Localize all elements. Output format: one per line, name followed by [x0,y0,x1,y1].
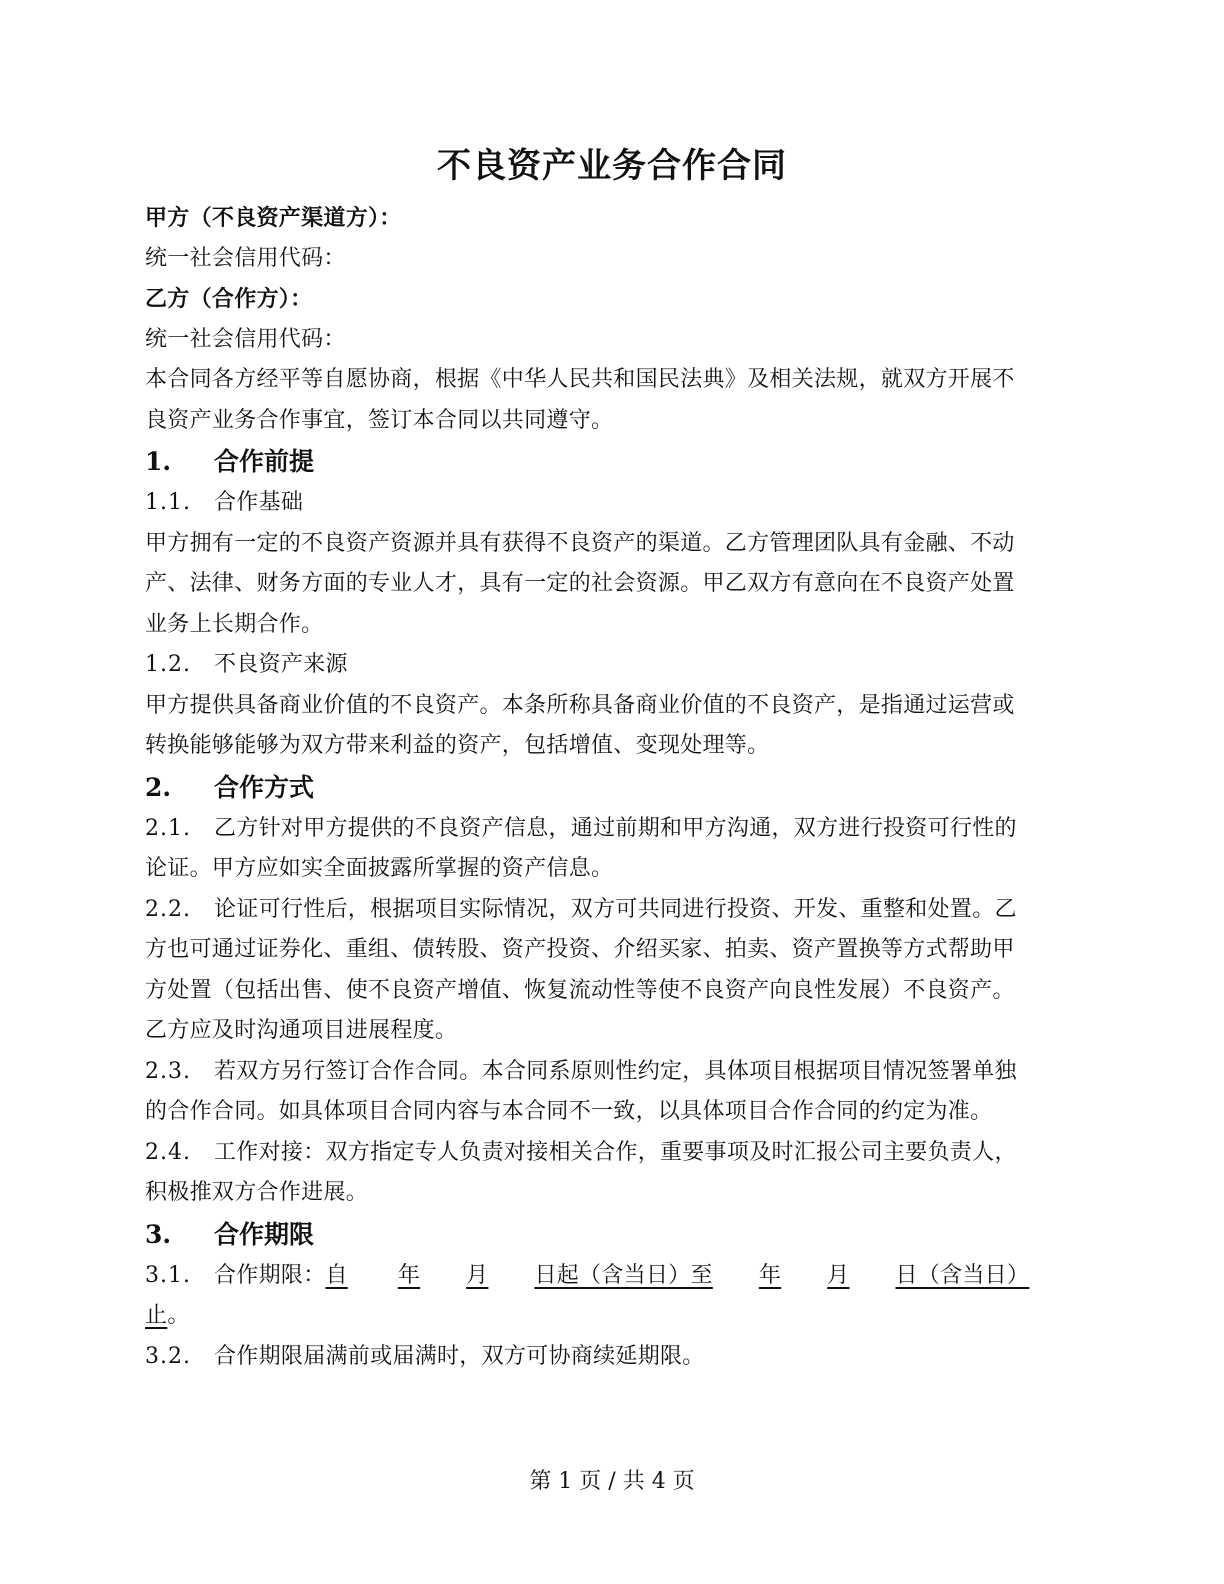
section-number: 2. [145,767,214,809]
clause-heading: 1.1.合作基础 [145,483,1075,524]
term-month1: 月 [466,1263,488,1288]
term-end: 止 [145,1303,167,1328]
party-a-credit-code-label: 统一社会信用代码： [145,239,1075,280]
clause-line: 2.1.乙方针对甲方提供的不良资产信息，通过前期和甲方沟通，双方进行投资可行性的 [145,809,1075,850]
section-heading: 3.合作期限 [145,1214,1075,1256]
clause-text: 乙方针对甲方提供的不良资产信息，通过前期和甲方沟通，双方进行投资可行性的 [214,816,1017,841]
term-year1: 年 [398,1263,420,1288]
section-number: 1. [145,441,214,483]
clause-body-line: 甲方提供具备商业价值的不良资产。本条所称具备商业价值的不良资产，是指通过运营或 [145,686,1075,727]
clause-line: 3.2.合作期限届满前或届满时，双方可协商续延期限。 [145,1337,1075,1378]
clause-body-line: 方处置（包括出售、使不良资产增值、恢复流动性等使不良资产向良性发展）不良资产。 [145,971,1075,1012]
clause-body-line: 论证。甲方应如实全面披露所掌握的资产信息。 [145,849,1075,890]
clause-body-line: 乙方应及时沟通项目进展程度。 [145,1011,1075,1052]
clause-number: 3.1. [145,1256,214,1297]
clause-body-line: 业务上长期合作。 [145,605,1075,646]
term-underlined: 自年月日起（含当日）至年月日（含当日） [326,1263,1030,1288]
clause-title: 合作基础 [214,490,303,515]
document-page: 不良资产业务合作合同 甲方（不良资产渠道方）： 统一社会信用代码： 乙方（合作方… [0,0,1224,1584]
clause-title: 不良资产来源 [214,652,348,677]
clause-body-line: 积极推双方合作进展。 [145,1173,1075,1214]
clause-label: 合作期限： [214,1263,326,1288]
clause-body-line: 的合作合同。如具体项目合同内容与本合同不一致，以具体项目合作合同的约定为准。 [145,1092,1075,1133]
section-2: 2.合作方式 2.1.乙方针对甲方提供的不良资产信息，通过前期和甲方沟通，双方进… [145,767,1075,1214]
section-title: 合作方式 [214,773,314,802]
clause-body-line: 产、法律、财务方面的专业人才，具有一定的社会资源。甲乙双方有意向在不良资产处置 [145,564,1075,605]
clause-text: 若双方另行签订合作合同。本合同系原则性约定，具体项目根据项目情况签署单独 [214,1059,1017,1084]
section-number: 3. [145,1214,214,1256]
preamble-line: 良资产业务合作事宜，签订本合同以共同遵守。 [145,401,1075,442]
clause-number: 2.4. [145,1133,214,1174]
clause-line-term: 3.1.合作期限：自年月日起（含当日）至年月日（含当日） [145,1256,1075,1297]
party-a-label: 甲方（不良资产渠道方）： [145,198,1075,239]
clause-number: 1.1. [145,483,214,524]
section-heading: 1.合作前提 [145,441,1075,483]
clause-text: 论证可行性后，根据项目实际情况，双方可共同进行投资、开发、重整和处置。乙 [214,897,1017,922]
clause-line: 2.4.工作对接：双方指定专人负责对接相关合作，重要事项及时汇报公司主要负责人， [145,1133,1075,1174]
clause-body-line: 止。 [145,1296,1075,1337]
section-1: 1.合作前提 1.1.合作基础 甲方拥有一定的不良资产资源并具有获得不良资产的渠… [145,441,1075,767]
document-title: 不良资产业务合作合同 [0,140,1224,192]
clause-number: 3.2. [145,1337,214,1378]
party-b-credit-code-label: 统一社会信用代码： [145,320,1075,361]
clause-body-line: 方也可通过证券化、重组、债转股、资产投资、介绍买家、拍卖、资产置换等方式帮助甲 [145,930,1075,971]
clause-body-line: 甲方拥有一定的不良资产资源并具有获得不良资产的渠道。乙方管理团队具有金融、不动 [145,524,1075,565]
preamble-line: 本合同各方经平等自愿协商，根据《中华人民共和国民法典》及相关法规，就双方开展不 [145,360,1075,401]
clause-line: 2.2.论证可行性后，根据项目实际情况，双方可共同进行投资、开发、重整和处置。乙 [145,890,1075,931]
clause-text: 工作对接：双方指定专人负责对接相关合作，重要事项及时汇报公司主要负责人， [214,1140,1017,1165]
document-body: 甲方（不良资产渠道方）： 统一社会信用代码： 乙方（合作方）： 统一社会信用代码… [145,198,1075,1377]
term-month2: 月 [827,1263,849,1288]
term-day1: 日起（含当日）至 [534,1263,712,1288]
term-day2: 日（含当日） [895,1263,1029,1288]
term-year2: 年 [759,1263,781,1288]
term-period: 。 [167,1303,189,1328]
clause-line: 2.3.若双方另行签订合作合同。本合同系原则性约定，具体项目根据项目情况签署单独 [145,1052,1075,1093]
term-from: 自 [326,1263,348,1288]
clause-heading: 1.2.不良资产来源 [145,645,1075,686]
party-b-label: 乙方（合作方）： [145,279,1075,320]
clause-text: 合作期限届满前或届满时，双方可协商续延期限。 [214,1344,705,1369]
clause-body-line: 转换能够能够为双方带来利益的资产，包括增值、变现处理等。 [145,726,1075,767]
section-title: 合作前提 [214,447,314,476]
page-footer: 第 1 页 / 共 4 页 [0,1466,1224,1498]
clause-number: 1.2. [145,645,214,686]
section-heading: 2.合作方式 [145,767,1075,809]
clause-number: 2.2. [145,890,214,931]
section-3: 3.合作期限 3.1.合作期限：自年月日起（含当日）至年月日（含当日） 止。 3… [145,1214,1075,1378]
preamble: 本合同各方经平等自愿协商，根据《中华人民共和国民法典》及相关法规，就双方开展不 … [145,360,1075,441]
clause-number: 2.1. [145,809,214,850]
section-title: 合作期限 [214,1220,314,1249]
clause-number: 2.3. [145,1052,214,1093]
